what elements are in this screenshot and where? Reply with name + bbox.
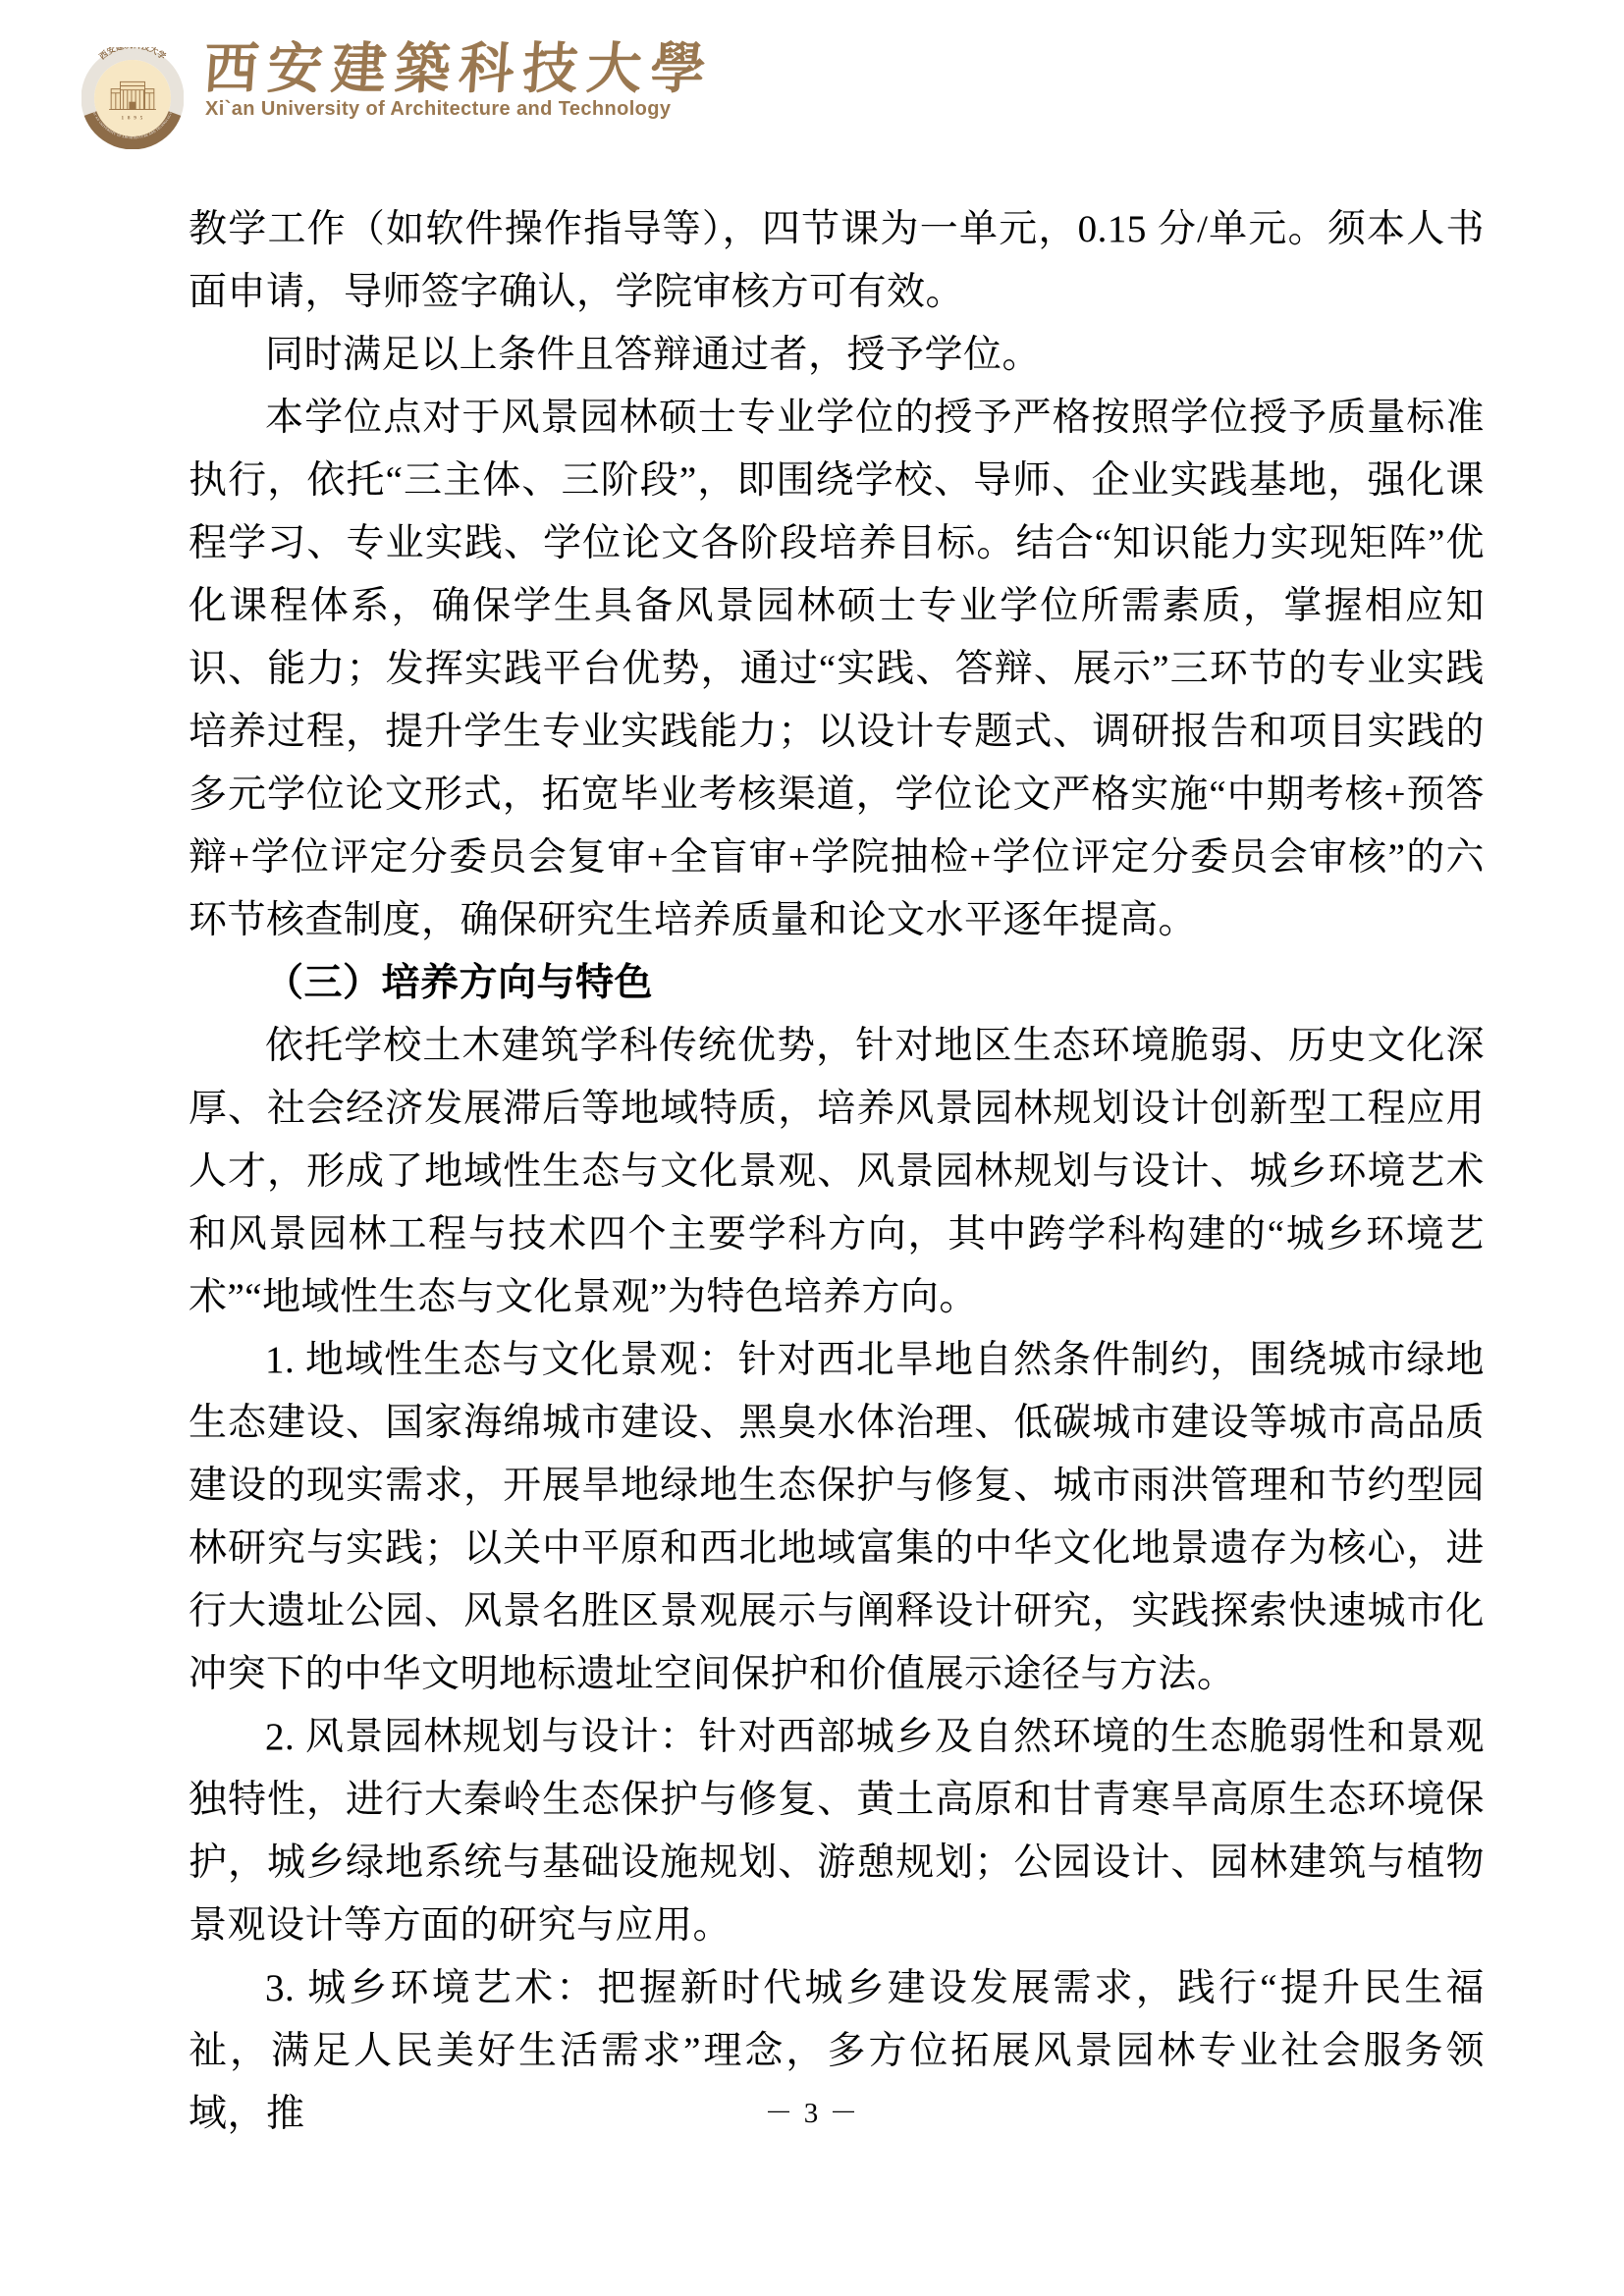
logo-year: 1 8 9 5 <box>121 115 143 121</box>
paragraph: 同时满足以上条件且答辩通过者，授予学位。 <box>189 324 1485 387</box>
paragraph: 本学位点对于风景园林硕士专业学位的授予严格按照学位授予质量标准执行，依托“三主体… <box>189 387 1485 952</box>
paragraph: 1. 地域性生态与文化景观：针对西北旱地自然条件制约，围绕城市绿地生态建设、国家… <box>189 1329 1485 1706</box>
page-number: － 3 － <box>0 2091 1624 2131</box>
paragraph: 教学工作（如软件操作指导等），四节课为一单元，0.15 分/单元。须本人书面申请… <box>189 198 1485 324</box>
document-body: 教学工作（如软件操作指导等），四节课为一单元，0.15 分/单元。须本人书面申请… <box>189 198 1485 2146</box>
paragraph: 2. 风景园林规划与设计：针对西部城乡及自然环境的生态脆弱性和景观独特性，进行大… <box>189 1706 1485 1957</box>
university-seal-icon: 西安建筑科技大学 XI`AN UNIVERSITY OF ARCHITECTUR… <box>81 47 184 149</box>
university-name-zh: 西安建築科技大學 <box>201 26 668 96</box>
header: 西安建筑科技大学 XI`AN UNIVERSITY OF ARCHITECTUR… <box>0 0 1624 167</box>
section-heading: （三）培养方向与特色 <box>189 952 1485 1015</box>
document-page: 西安建筑科技大学 XI`AN UNIVERSITY OF ARCHITECTUR… <box>0 0 1624 2296</box>
university-name-en: Xi`an University of Architecture and Tec… <box>205 98 671 121</box>
paragraph: 依托学校土木建筑学科传统优势，针对地区生态环境脆弱、历史文化深厚、社会经济发展滞… <box>189 1015 1485 1329</box>
